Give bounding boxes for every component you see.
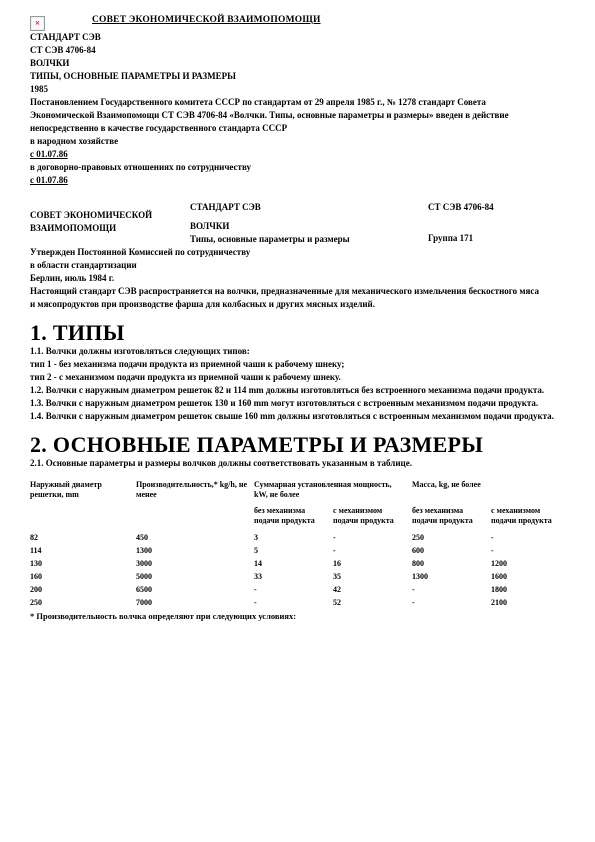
table-cell: 1600 xyxy=(491,571,570,584)
table-header-row-groups: Наружный диаметр решетки, mm Производите… xyxy=(30,480,570,506)
scope-label-economy: в народном хозяйстве xyxy=(30,135,570,148)
table-cell: 1200 xyxy=(491,558,570,571)
table-cell: - xyxy=(412,597,491,610)
cartouche-org-line1: СОВЕТ ЭКОНОМИЧЕСКОЙ xyxy=(30,209,190,222)
table-cell: 200 xyxy=(30,584,136,597)
table-cell: 3000 xyxy=(136,558,254,571)
col-header-capacity: Производительность,* kg/h, не менее xyxy=(136,480,254,532)
table-cell: - xyxy=(254,597,333,610)
table-cell: - xyxy=(412,584,491,597)
cartouche-subtitle: Типы, основные параметры и размеры xyxy=(190,233,428,246)
cartouche-title: ВОЛЧКИ xyxy=(190,220,428,233)
section-2-heading: 2. ОСНОВНЫЕ ПАРАМЕТРЫ И РАЗМЕРЫ xyxy=(30,433,570,457)
col-group-mass: Масса, kg, не более xyxy=(412,480,570,506)
standard-code: СТ СЭВ 4706-84 xyxy=(30,44,570,57)
table-cell: 114 xyxy=(30,545,136,558)
effective-date-economy: с 01.07.86 xyxy=(30,148,570,161)
table-cell: 5 xyxy=(254,545,333,558)
cartouche-standard-label: СТАНДАРТ СЭВ xyxy=(190,201,428,214)
table-row: 114 1300 5 - 600 - xyxy=(30,545,570,558)
document-title: ВОЛЧКИ xyxy=(30,57,570,70)
table-cell: 33 xyxy=(254,571,333,584)
clause-1-1: 1.1. Волчки должны изготовляться следующ… xyxy=(30,345,570,358)
col-header-mass-without: без механизма подачи продукта xyxy=(412,506,491,532)
approval-place-date: Берлин, июль 1984 г. xyxy=(30,272,570,285)
table-cell: 16 xyxy=(333,558,412,571)
table-cell: 600 xyxy=(412,545,491,558)
cartouche-code-column: СТ СЭВ 4706-84 Группа 171 xyxy=(428,201,570,246)
document-subtitle: ТИПЫ, ОСНОВНЫЕ ПАРАМЕТРЫ И РАЗМЕРЫ xyxy=(30,70,570,83)
document-page: × СОВЕТ ЭКОНОМИЧЕСКОЙ ВЗАИМОПОМОЩИ СТАНД… xyxy=(0,0,595,842)
table-cell: 6500 xyxy=(136,584,254,597)
table-cell: 7000 xyxy=(136,597,254,610)
col-header-power-without: без механизма подачи продукта xyxy=(254,506,333,532)
cartouche-org-column: СОВЕТ ЭКОНОМИЧЕСКОЙ ВЗАИМОПОМОЩИ xyxy=(30,201,190,246)
section-1-heading: 1. ТИПЫ xyxy=(30,321,570,345)
type-1-definition: тип 1 - без механизма подачи продукта из… xyxy=(30,358,570,371)
table-row: 130 3000 14 16 800 1200 xyxy=(30,558,570,571)
capacity-footnote: * Производительность волчка определяют п… xyxy=(30,610,570,623)
table-cell: 1800 xyxy=(491,584,570,597)
cartouche-org-line2: ВЗАИМОПОМОЩИ xyxy=(30,222,190,235)
approval-line1: Утвержден Постоянной Комиссией по сотруд… xyxy=(30,246,570,259)
table-cell: - xyxy=(333,532,412,545)
parameters-table: Наружный диаметр решетки, mm Производите… xyxy=(30,480,570,610)
table-cell: 35 xyxy=(333,571,412,584)
standard-label: СТАНДАРТ СЭВ xyxy=(30,31,570,44)
table-cell: 450 xyxy=(136,532,254,545)
table-cell: 52 xyxy=(333,597,412,610)
scope-label-legal: в договорно-правовых отношениях по сотру… xyxy=(30,161,570,174)
table-cell: - xyxy=(333,545,412,558)
table-cell: 130 xyxy=(30,558,136,571)
cartouche-group: Группа 171 xyxy=(428,232,570,245)
approval-line2: в области стандартизации xyxy=(30,259,570,272)
clause-2-1: 2.1. Основные параметры и размеры волчко… xyxy=(30,457,570,470)
clause-1-2: 1.2. Волчки с наружным диаметром решеток… xyxy=(30,384,570,397)
table-cell: - xyxy=(254,584,333,597)
table-row: 250 7000 - 52 - 2100 xyxy=(30,597,570,610)
org-title: СОВЕТ ЭКОНОМИЧЕСКОЙ ВЗАИМОПОМОЩИ xyxy=(92,14,321,27)
table-cell: 2100 xyxy=(491,597,570,610)
scope-paragraph: Настоящий стандарт СЭВ распространяется … xyxy=(30,285,545,311)
table-cell: 250 xyxy=(412,532,491,545)
table-cell: 42 xyxy=(333,584,412,597)
table-cell: 800 xyxy=(412,558,491,571)
cartouche-code: СТ СЭВ 4706-84 xyxy=(428,201,570,214)
table-row: 160 5000 33 35 1300 1600 xyxy=(30,571,570,584)
type-2-definition: тип 2 - с механизмом подачи продукта из … xyxy=(30,371,570,384)
table-cell: 82 xyxy=(30,532,136,545)
table-row: 82 450 3 - 250 - xyxy=(30,532,570,545)
table-cell: - xyxy=(491,532,570,545)
cartouche-title-column: СТАНДАРТ СЭВ ВОЛЧКИ Типы, основные парам… xyxy=(190,201,428,246)
table-cell: 1300 xyxy=(136,545,254,558)
broken-image-icon: × xyxy=(30,16,45,31)
table-cell: 160 xyxy=(30,571,136,584)
effective-date-legal: с 01.07.86 xyxy=(30,174,570,187)
col-group-power: Суммарная установленная мощность, kW, не… xyxy=(254,480,412,506)
document-year: 1985 xyxy=(30,83,570,96)
table-cell: 14 xyxy=(254,558,333,571)
table-cell: 250 xyxy=(30,597,136,610)
table-row: 200 6500 - 42 - 1800 xyxy=(30,584,570,597)
clause-1-4: 1.4. Волчки с наружным диаметром решеток… xyxy=(30,410,570,423)
table-cell: 5000 xyxy=(136,571,254,584)
standard-cartouche: СОВЕТ ЭКОНОМИЧЕСКОЙ ВЗАИМОПОМОЩИ СТАНДАР… xyxy=(30,201,570,246)
clause-1-3: 1.3. Волчки с наружным диаметром решеток… xyxy=(30,397,570,410)
table-cell: 1300 xyxy=(412,571,491,584)
decree-paragraph: Постановлением Государственного комитета… xyxy=(30,96,545,135)
col-header-mass-with: с механизмом подачи продукта xyxy=(491,506,570,532)
col-header-power-with: с механизмом подачи продукта xyxy=(333,506,412,532)
document-header-row: × СОВЕТ ЭКОНОМИЧЕСКОЙ ВЗАИМОПОМОЩИ xyxy=(30,14,570,31)
table-cell: - xyxy=(491,545,570,558)
broken-image-x-glyph: × xyxy=(35,19,40,28)
col-header-diameter: Наружный диаметр решетки, mm xyxy=(30,480,136,532)
table-cell: 3 xyxy=(254,532,333,545)
